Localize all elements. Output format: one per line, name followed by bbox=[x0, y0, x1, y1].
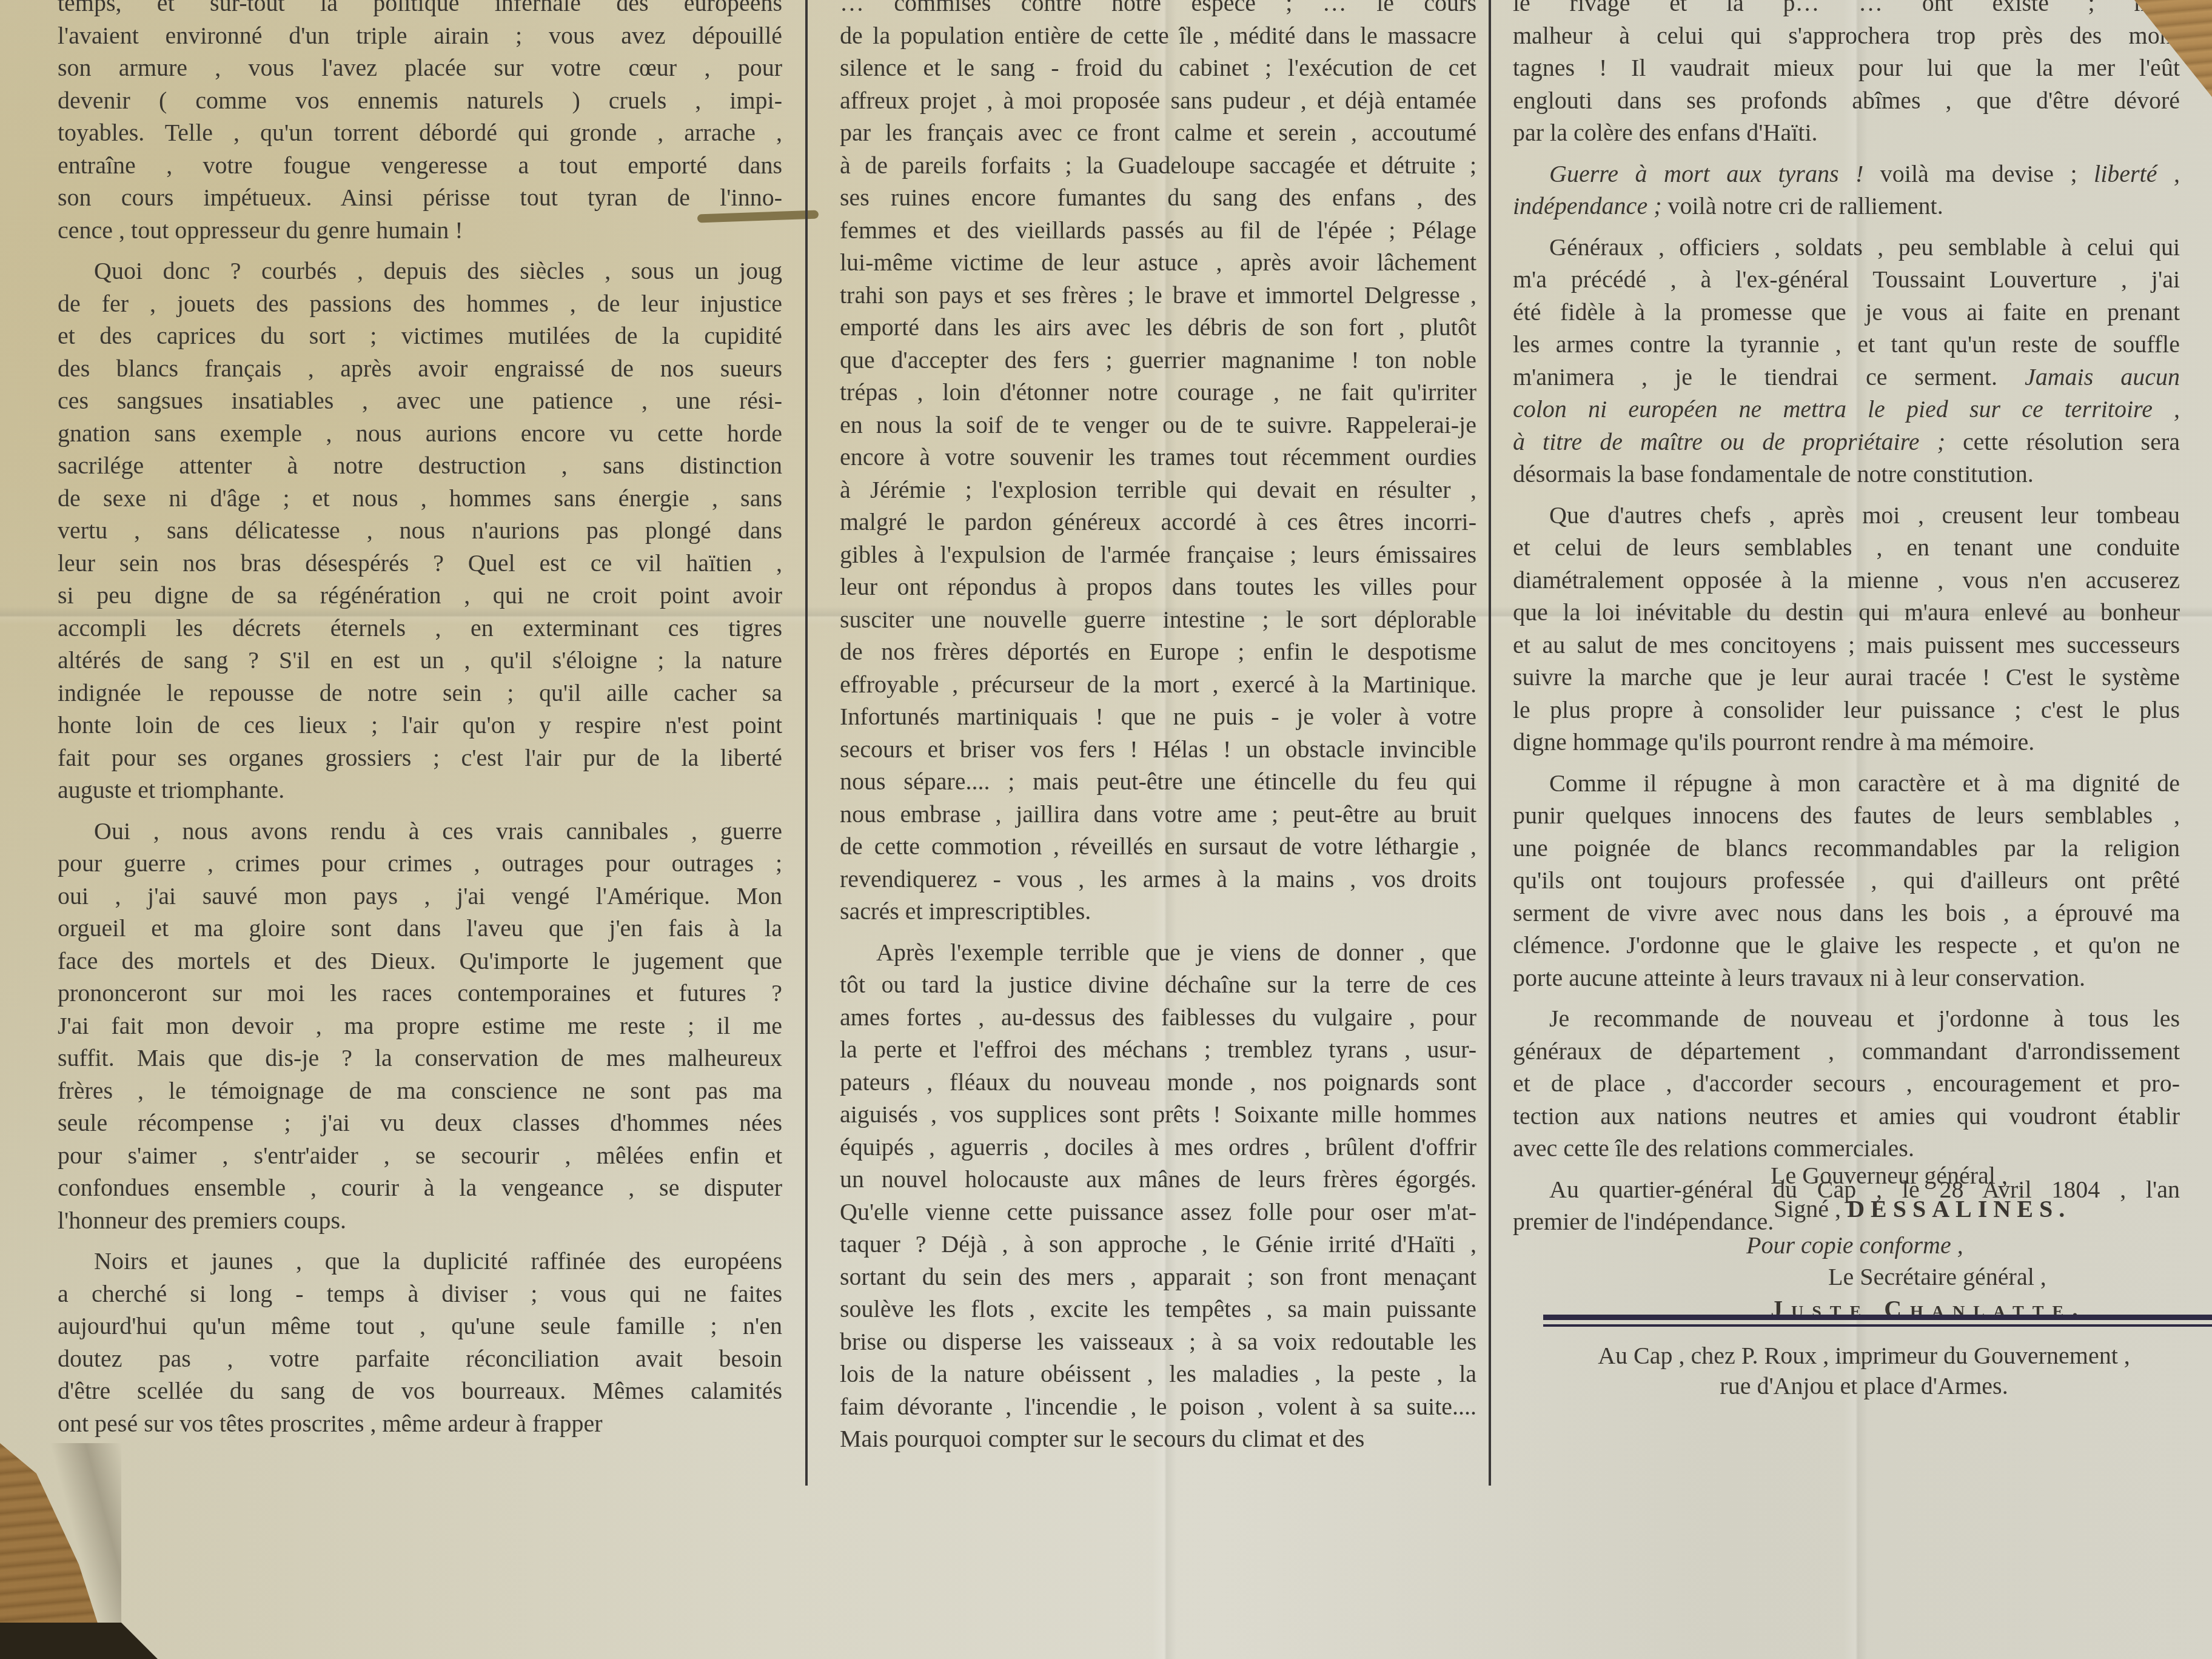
text-line: serment de vivre avec nous dans les bois… bbox=[1513, 897, 2180, 930]
imprint-line-2: rue d'Anjou et place d'Armes. bbox=[1516, 1372, 2212, 1400]
paragraph: Noirs et jaunes , que la duplicité raffi… bbox=[58, 1245, 782, 1439]
text-line: une poignée de blancs recommandables par… bbox=[1513, 832, 2180, 865]
paragraph: Que d'autres chefs , après moi , creusen… bbox=[1513, 499, 2180, 759]
text-line: accompli les décrets éternels , en exter… bbox=[58, 612, 782, 645]
text-line: toyables. Telle , qu'un torrent débordé … bbox=[58, 116, 782, 149]
text-line: colon ni européen ne mettra le pied sur … bbox=[1513, 393, 2180, 426]
text-line: nous sépare.... ; mais peut-être une éti… bbox=[840, 765, 1476, 798]
text-line: et celui de leurs semblables , en tenant… bbox=[1513, 531, 2180, 564]
text-line: sacrilége attenter à notre destruction ,… bbox=[58, 449, 782, 482]
text-line: clémence. J'ordonne que le glaive les re… bbox=[1513, 929, 2180, 962]
paragraph: Guerre à mort aux tyrans ! voilà ma devi… bbox=[1513, 158, 2180, 223]
text-line: Généraux , officiers , soldats , peu sem… bbox=[1513, 231, 2180, 264]
text-line: par les français avec ce front calme et … bbox=[840, 116, 1476, 149]
paragraph-gap bbox=[1513, 223, 2180, 231]
text-line: oui , j'ai sauvé mon pays , j'ai vengé l… bbox=[58, 880, 782, 913]
text-line: trépas , loin d'étonner notre courage , … bbox=[840, 376, 1476, 409]
text-line: Oui , nous avons rendu à ces vrais canni… bbox=[58, 815, 782, 848]
text-line: encore à votre souvenir les trames tout … bbox=[840, 441, 1476, 474]
text-line: équipés , aguerris , dociles à mes ordre… bbox=[840, 1131, 1476, 1164]
imprint-line-1: Au Cap , chez P. Roux , imprimeur du Gou… bbox=[1516, 1341, 2212, 1370]
copy-conform-line: Pour copie conforme , bbox=[1746, 1231, 1963, 1259]
text-line: son cours impétueux. Ainsi périsse tout … bbox=[58, 181, 782, 214]
text-line: leur sein nos bras désespérés ? Quel est… bbox=[58, 547, 782, 580]
text-line: brise ou disperse les vaisseaux ; à sa v… bbox=[840, 1326, 1476, 1358]
text-line: pour guerre , crimes pour crimes , outra… bbox=[58, 847, 782, 880]
text-line: ses ruines encore fumantes du sang des e… bbox=[840, 181, 1476, 214]
text-line: Noirs et jaunes , que la duplicité raffi… bbox=[58, 1245, 782, 1278]
paragraph: temps, et sur-tout la politique infernal… bbox=[58, 0, 782, 246]
text-line: secours et briser vos fers ! Hélas ! un … bbox=[840, 733, 1476, 766]
text-line: aiguisés , vos supplices sont prêts ! So… bbox=[840, 1098, 1476, 1131]
text-line: ont pesé sur vos têtes proscrites , même… bbox=[58, 1407, 782, 1440]
text-line: sacrés et imprescriptibles. bbox=[840, 895, 1476, 928]
column-right: le rivage et la p… … ont existé ; maisma… bbox=[1513, 0, 2180, 1238]
column-left: temps, et sur-tout la politique infernal… bbox=[58, 0, 782, 1439]
text-line: suivre la marche que je leur aurai tracé… bbox=[1513, 661, 2180, 694]
text-line: que la loi inévitable du destin qui m'au… bbox=[1513, 596, 2180, 629]
text-line: trahi son pays et ses frères ; le brave … bbox=[840, 279, 1476, 312]
text-line: de cette commotion , réveillés en sursau… bbox=[840, 830, 1476, 863]
text-line: à de pareils forfaits ; la Guadeloupe sa… bbox=[840, 149, 1476, 182]
text-line: Guerre à mort aux tyrans ! voilà ma devi… bbox=[1513, 158, 2180, 190]
paragraph: Comme il répugne à mon caractère et à ma… bbox=[1513, 767, 2180, 994]
text-line: J'ai fait mon devoir , ma propre estime … bbox=[58, 1010, 782, 1042]
text-line: ces sangsues insatiables , avec une pati… bbox=[58, 384, 782, 417]
text-line: affreux projet , à moi proposée sans pud… bbox=[840, 84, 1476, 117]
text-line: par la colère des enfans d'Haïti. bbox=[1513, 116, 2180, 149]
text-line: de fer , jouets des passions des hommes … bbox=[58, 287, 782, 320]
text-line: son armure , vous l'avez placée sur votr… bbox=[58, 52, 782, 84]
text-line: un nouvel holocauste aux mânes de leurs … bbox=[840, 1163, 1476, 1196]
text-line: frères , le témoignage de ma conscience … bbox=[58, 1074, 782, 1107]
text-line: fait pour ses organes grossiers ; c'est … bbox=[58, 742, 782, 774]
text-line: femmes et des vieillards passés au fil d… bbox=[840, 214, 1476, 247]
text-line: cence , tout oppresseur du genre humain … bbox=[58, 214, 782, 247]
text-line: pateurs , fléaux du nouveau monde , nos … bbox=[840, 1066, 1476, 1099]
text-line: le rivage et la p… … ont existé ; mais bbox=[1513, 0, 2180, 19]
column-divider-right bbox=[1489, 0, 1491, 1486]
text-line: généraux de département , commandant d'a… bbox=[1513, 1035, 2180, 1068]
text-line: … commises contre notre espèce ; … le co… bbox=[840, 0, 1476, 19]
text-line: Comme il répugne à mon caractère et à ma… bbox=[1513, 767, 2180, 800]
text-line: Qu'elle vienne cette puissance assez fol… bbox=[840, 1196, 1476, 1228]
signatory-name: DESSALINES. bbox=[1847, 1195, 2071, 1222]
text-line: soulève les flots , excite les tempêtes … bbox=[840, 1293, 1476, 1326]
text-line: seule récompense ; j'ai vu deux classes … bbox=[58, 1107, 782, 1139]
text-line: l'avaient environné d'un triple airain ;… bbox=[58, 19, 782, 52]
text-line: des blancs français , après avoir engrai… bbox=[58, 352, 782, 385]
text-line: revendiquerez - vous , les armes à la ma… bbox=[840, 863, 1476, 896]
paragraph-gap bbox=[58, 806, 782, 815]
text-line: vertu , sans délicatesse , nous n'aurion… bbox=[58, 514, 782, 547]
text-line: punir quelques innocens des fautes de le… bbox=[1513, 799, 2180, 832]
text-line: désormais la base fondamentale de notre … bbox=[1513, 458, 2180, 491]
text-line: porte aucune atteinte à leurs travaux ni… bbox=[1513, 962, 2180, 994]
governor-title: Le Gouverneur général , bbox=[1771, 1161, 2008, 1190]
text-line: Infortunés martiniquais ! que ne puis - … bbox=[840, 700, 1476, 733]
text-line: auguste et triomphante. bbox=[58, 774, 782, 806]
paragraph-gap bbox=[840, 928, 1476, 936]
text-line: prononceront sur moi les races contempor… bbox=[58, 977, 782, 1010]
paragraph: Après l'exemple terrible que je viens de… bbox=[840, 936, 1476, 1455]
text-line: indignée le repousse de notre sein ; qu'… bbox=[58, 677, 782, 709]
text-line: altérés de sang ? S'il en est un , qu'il… bbox=[58, 644, 782, 677]
paragraph: Quoi donc ? courbés , depuis des siècles… bbox=[58, 255, 782, 806]
text-line: leur ont répondus à propos dans toutes l… bbox=[840, 571, 1476, 603]
text-line: à titre de maître ou de propriétaire ; c… bbox=[1513, 426, 2180, 458]
text-line: emporté dans les airs avec les débris de… bbox=[840, 311, 1476, 344]
text-line: sortant du sein des mers , apparait ; so… bbox=[840, 1261, 1476, 1293]
document-sheet: temps, et sur-tout la politique infernal… bbox=[0, 0, 2212, 1659]
paragraph: … commises contre notre espèce ; … le co… bbox=[840, 0, 1476, 928]
text-line: d'être scellée du sang de vos bourreaux.… bbox=[58, 1375, 782, 1407]
text-line: malgré le pardon généreux accordé à ces … bbox=[840, 506, 1476, 538]
text-line: les armes contre la tyrannie , et tant q… bbox=[1513, 328, 2180, 361]
paragraph: Oui , nous avons rendu à ces vrais canni… bbox=[58, 815, 782, 1237]
text-line: Quoi donc ? courbés , depuis des siècles… bbox=[58, 255, 782, 287]
text-line: malheur à celui qui s'approchera trop pr… bbox=[1513, 19, 2180, 52]
text-line: Mais pourquoi compter sur le secours du … bbox=[840, 1423, 1476, 1455]
text-line: silence et le sang - froid du cabinet ; … bbox=[840, 52, 1476, 84]
text-line: entraîne , votre fougue vengeresse a tou… bbox=[58, 149, 782, 182]
text-line: aujourd'hui qu'un même tout , qu'une seu… bbox=[58, 1310, 782, 1342]
column-divider-left bbox=[805, 0, 808, 1486]
text-line: diamétralement opposée à la mienne , vou… bbox=[1513, 564, 2180, 597]
text-line: Après l'exemple terrible que je viens de… bbox=[840, 936, 1476, 969]
text-line: taquer ? Déjà , à son approche , le Géni… bbox=[840, 1228, 1476, 1261]
text-line: que d'accepter des fers ; guerrier magna… bbox=[840, 344, 1476, 377]
text-line: englouti dans ses profonds abîmes , que … bbox=[1513, 84, 2180, 117]
secretary-title: Le Secrétaire général , bbox=[1828, 1262, 2046, 1291]
text-line: doutez pas , votre parfaite réconciliati… bbox=[58, 1342, 782, 1375]
text-line: avec cette île des relations commerciale… bbox=[1513, 1132, 2180, 1165]
paragraph-gap bbox=[1513, 149, 2180, 158]
text-line: et au salut de mes concitoyens ; mais pu… bbox=[1513, 629, 2180, 662]
text-line: de sexe ni d'âge ; et nous , hommes sans… bbox=[58, 482, 782, 515]
text-line: devenir ( comme vos ennemis naturels ) c… bbox=[58, 84, 782, 117]
text-line: face des mortels et des Dieux. Qu'import… bbox=[58, 945, 782, 977]
paragraph-gap bbox=[58, 246, 782, 255]
text-line: tôt ou tard la justice divine déchaîne s… bbox=[840, 968, 1476, 1001]
text-line: m'a précédé , à l'ex-général Toussaint L… bbox=[1513, 263, 2180, 296]
text-line: de nos frères déportés en Europe ; enfin… bbox=[840, 635, 1476, 668]
paragraph: Généraux , officiers , soldats , peu sem… bbox=[1513, 231, 2180, 491]
column-middle: … commises contre notre espèce ; … le co… bbox=[840, 0, 1476, 1455]
signed-line: Signé , DESSALINES. bbox=[1774, 1195, 2071, 1223]
text-line: confondues ensemble , courir à la vengea… bbox=[58, 1171, 782, 1204]
text-line: la perte et l'effroi des méchans ; tremb… bbox=[840, 1033, 1476, 1066]
text-line: gnation sans exemple , nous aurions enco… bbox=[58, 417, 782, 450]
text-line: orgueil et ma gloire sont dans l'aveu qu… bbox=[58, 912, 782, 945]
text-line: indépendance ; voilà notre cri de rallie… bbox=[1513, 190, 2180, 223]
text-line: de la population entière de cette île , … bbox=[840, 19, 1476, 52]
text-line: si peu digne de sa régénération , qui ne… bbox=[58, 579, 782, 612]
paragraph: Je recommande de nouveau et j'ordonne à … bbox=[1513, 1002, 2180, 1165]
text-line: été fidèle à la promesse que je vous ai … bbox=[1513, 296, 2180, 329]
text-line: ames fortes , au-dessus des faiblesses d… bbox=[840, 1001, 1476, 1034]
text-line: honte loin de ces lieux ; l'air qu'on y … bbox=[58, 709, 782, 742]
paragraph-gap bbox=[1513, 759, 2180, 767]
text-line: pour s'aimer , s'entr'aider , se secouri… bbox=[58, 1139, 782, 1172]
paragraph-gap bbox=[1513, 994, 2180, 1002]
text-line: et de place , d'accorder secours , encou… bbox=[1513, 1067, 2180, 1100]
text-line: lui-même victime de leur astuce , après … bbox=[840, 246, 1476, 279]
text-line: Que d'autres chefs , après moi , creusen… bbox=[1513, 499, 2180, 532]
text-line: l'honneur des premiers coups. bbox=[58, 1204, 782, 1237]
paragraph-gap bbox=[1513, 491, 2180, 499]
text-line: digne hommage qu'ils pourront rendre à m… bbox=[1513, 726, 2180, 759]
text-line: à Jérémie ; l'explosion terrible qui dev… bbox=[840, 474, 1476, 506]
text-line: et des caprices du sort ; victimes mutil… bbox=[58, 320, 782, 352]
text-line: nous embrase , jaillira dans votre ame ;… bbox=[840, 798, 1476, 831]
text-line: suffit. Mais que dis-je ? la conservatio… bbox=[58, 1042, 782, 1074]
text-line: qu'ils ont toujours professée , qui d'ai… bbox=[1513, 864, 2180, 897]
text-line: m'animera , je le tiendrai ce serment. J… bbox=[1513, 361, 2180, 394]
text-line: lois de la nature obéissent , les maladi… bbox=[840, 1358, 1476, 1390]
signed-prefix: Signé , bbox=[1774, 1195, 1841, 1222]
text-line: Je recommande de nouveau et j'ordonne à … bbox=[1513, 1002, 2180, 1035]
text-line: effroyable , précurseur de la mort , exe… bbox=[840, 668, 1476, 701]
text-line: temps, et sur-tout la politique infernal… bbox=[58, 0, 782, 19]
paragraph: le rivage et la p… … ont existé ; maisma… bbox=[1513, 0, 2180, 149]
text-line: en nous la soif de te venger ou de te su… bbox=[840, 409, 1476, 441]
text-line: le plus propre à consolider leur puissan… bbox=[1513, 694, 2180, 726]
text-line: faim dévorante , l'incendie , le poison … bbox=[840, 1390, 1476, 1423]
paragraph-gap bbox=[58, 1236, 782, 1245]
text-line: susciter une nouvelle guerre intestine ;… bbox=[840, 603, 1476, 636]
text-line: gibles à l'expulsion de l'armée français… bbox=[840, 538, 1476, 571]
double-rule-separator bbox=[1543, 1315, 2212, 1327]
text-line: tagnes ! Il vaudrait mieux pour lui que … bbox=[1513, 52, 2180, 84]
text-line: a cherché si long - temps à diviser ; vo… bbox=[58, 1278, 782, 1310]
text-line: tection aux nations neutres et amies qui… bbox=[1513, 1100, 2180, 1133]
